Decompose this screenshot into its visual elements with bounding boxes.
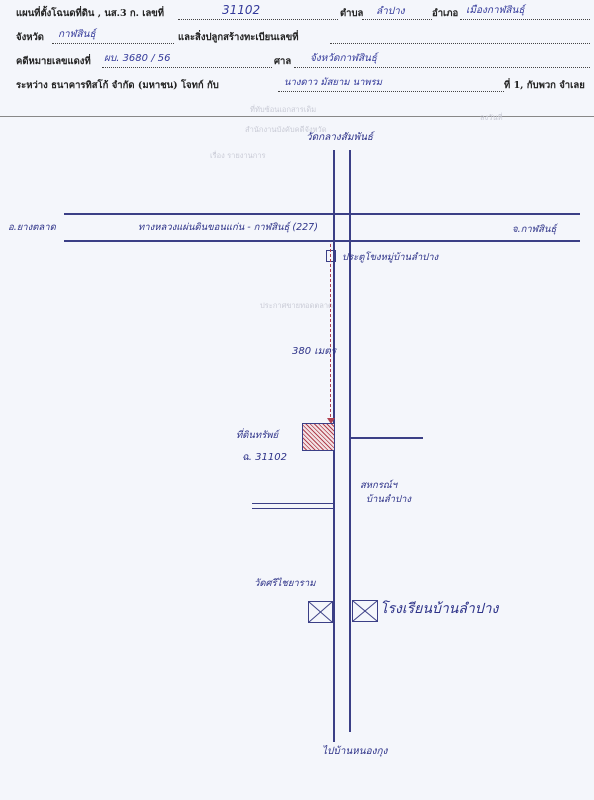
east-branch-road xyxy=(351,437,423,439)
amphoe-label: อำเภอ xyxy=(432,6,458,21)
school-label: โรงเรียนบ้านลำปาง xyxy=(380,598,498,620)
parcel-deed-label: ฉ. 31102 xyxy=(242,450,287,465)
ghost-text-3: เรื่อง รายงานการ xyxy=(210,150,266,162)
deed-dots xyxy=(178,19,338,20)
gate-label: ประตูโขงหมู่บ้านลำปาง xyxy=(342,250,438,265)
building-dots xyxy=(330,43,590,44)
highway-north-edge xyxy=(64,213,580,215)
parties-label: ระหว่าง ธนาคารทิสโก้ จำกัด (มหาชน) โจทก์… xyxy=(16,78,219,93)
deed-number: 31102 xyxy=(222,3,260,17)
west-branch-road-b xyxy=(252,508,334,509)
temple-building-icon xyxy=(308,601,333,623)
case-number: ผบ. 3680 / 56 xyxy=(104,51,170,66)
form-row-parties: ระหว่าง ธนาคารทิสโก้ จำกัด (มหาชน) โจทก์… xyxy=(0,78,594,94)
case-dots xyxy=(102,67,272,68)
property-parcel xyxy=(302,423,335,451)
vertical-road-east-edge xyxy=(349,150,351,732)
province-label: จังหวัด xyxy=(16,30,44,45)
building-label: และสิ่งปลูกสร้างทะเบียนเลขที่ xyxy=(178,30,299,45)
ghost-text-1: ที่ทับซ้อนเอกสารเดิม xyxy=(250,104,316,116)
highway-west-end-label: อ.ยางตลาด xyxy=(8,220,56,235)
form-row-province: จังหวัด กาฬสินธุ์ และสิ่งปลูกสร้างทะเบีย… xyxy=(0,30,594,46)
highway-label: ทางหลวงแผ่นดินขอนแก่น - กาฬสินธุ์ (227) xyxy=(138,220,318,235)
highway-south-edge xyxy=(64,240,580,242)
south-destination-label: ไปบ้านหนองกุง xyxy=(322,744,387,759)
tambon-dots xyxy=(362,19,432,20)
form-row-case: คดีหมายเลขแดงที่ ผบ. 3680 / 56 ศาล จังหว… xyxy=(0,54,594,70)
document-page: แผนที่ตั้งโฉนดที่ดิน , นส.3 ก. เลขที่ 31… xyxy=(0,0,594,800)
tambon-value: ลำปาง xyxy=(376,4,405,19)
ghost-text-4: ประกาศขายทอดตลาด xyxy=(260,300,333,312)
parties-tail: ที่ 1, กับพวก จำเลย xyxy=(504,78,585,93)
defendant-value: นางดาว มัสยาม นาพรม xyxy=(284,75,382,90)
side-label-line1: สหกรณ์ฯ xyxy=(360,478,397,493)
court-label: ศาล xyxy=(274,54,291,69)
court-dots xyxy=(294,67,590,68)
west-branch-road-a xyxy=(252,503,334,504)
highway-east-end-label: จ.กาฬสินธุ์ xyxy=(512,222,556,237)
province-dots xyxy=(52,43,174,44)
ghost-text-right: ลงวันที่ xyxy=(480,112,503,124)
distance-dashed-line xyxy=(330,244,331,422)
side-label-line2: บ้านลำปาง xyxy=(366,492,411,507)
amphoe-value: เมืองกาฬสินธุ์ xyxy=(466,3,524,18)
court-value: จังหวัดกาฬสินธุ์ xyxy=(310,51,377,66)
form-row-deed: แผนที่ตั้งโฉนดที่ดิน , นส.3 ก. เลขที่ 31… xyxy=(0,6,594,22)
distance-label: 380 เมตร xyxy=(292,344,336,359)
header-divider xyxy=(0,116,594,117)
amphoe-dots xyxy=(460,19,590,20)
school-building-icon xyxy=(352,600,378,622)
gate-marker-icon xyxy=(326,250,336,262)
tambon-label: ตำบล xyxy=(340,6,363,21)
parcel-label: ที่ดินทรัพย์ xyxy=(236,428,278,443)
temple-label: วัดศรีไชยาราม xyxy=(254,576,315,591)
north-landmark-label: วัดกลางสัมพันธ์ xyxy=(306,130,373,145)
deed-label: แผนที่ตั้งโฉนดที่ดิน , นส.3 ก. เลขที่ xyxy=(16,6,164,21)
defendant-dots xyxy=(278,91,504,92)
case-label: คดีหมายเลขแดงที่ xyxy=(16,54,91,69)
province-value: กาฬสินธุ์ xyxy=(58,27,96,42)
